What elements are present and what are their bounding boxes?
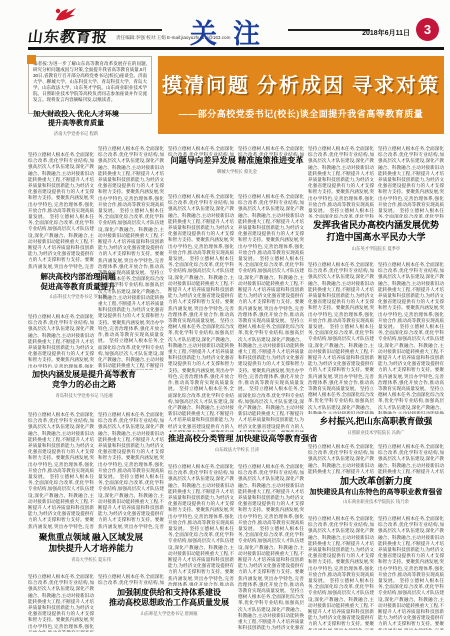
article-text: 坚持立德树人根本任务,全面深化综合改革,优化学科专业结构,加强高层次人才队伍建设… (98, 574, 164, 586)
article-heading-sizheng: 加强制度供给和支持体系建设 推动高校思想政治工作高质量发展 山东师范大学党委书记… (98, 588, 240, 617)
page-number-badge: 3 (416, 18, 439, 41)
article-text: 坚持立德树人根本任务,全面深化综合改革,优化学科专业结构,加强高层次人才队伍建设… (308, 146, 374, 218)
article-text: 坚持立德树人根本任务,全面深化综合改革,优化学科专业结构,加强高层次人才队伍建设… (28, 314, 94, 368)
article-text: 坚持立德树人根本任务,全面深化综合改革,优化学科专业结构,加强高层次人才队伍建设… (238, 194, 304, 432)
article-text: 坚持立德树人根本任务,全面深化综合改革,优化学科专业结构,加强高层次人才队伍建设… (168, 194, 234, 432)
article-byline: 山东商业职业技术学院院长 钱乃余 (308, 499, 444, 505)
article-heading-qingdao: 聚焦重点领域 融入区域发展 加快提升人才培养能力 青岛大学校长 夏东伟 (28, 532, 154, 563)
article-text: 坚持立德树人根本任务,全面深化综合改革,优化学科专业结构,加强高层次人才队伍建设… (168, 146, 234, 156)
article-text: 坚持立德树人根本任务,全面深化综合改革,优化学科专业结构,加强高层次人才队伍建设… (378, 516, 444, 630)
masthead-rule (28, 47, 444, 50)
article-byline: 青岛大学校长 夏东伟 (28, 557, 154, 563)
article-heading-neihan: 加快内涵发展是提升高等教育 竞争力的必由之路 青岛科技大学党委书记 马连湘 (28, 370, 140, 399)
newspaper-page: 山东教育报 责任编辑:李强 校对:王娟 E-mail:jiaoyuzhuanti… (0, 0, 450, 636)
article-text: 坚持立德树人根本任务,全面深化综合改革,优化学科专业结构,加强高层次人才队伍建设… (168, 464, 234, 586)
article-text: 坚持立德树人根本任务,全面深化综合改革,优化学科专业结构,加强高层次人才队伍建设… (308, 262, 374, 414)
article-text: 坚持立德树人根本任务,全面深化综合改革,优化学科专业结构,加强高层次人才队伍建设… (28, 412, 94, 530)
main-headline: 摸清问题 分析成因 寻求对策 (158, 69, 444, 98)
article-byline: 山东政法大学校长 吕涛 (168, 447, 306, 453)
article-text: 坚持立德树人根本任务,全面深化综合改革,优化学科专业结构,加强高层次人才队伍建设… (98, 146, 164, 370)
masthead-bird-icon (54, 6, 78, 26)
editor-note-text: 编者按:为进一步了解山东高等教育改革发展存在的问题,研究分析问题成因与对策,全面… (33, 61, 147, 102)
article-heading-gaozhi: 加大改革创新力度 加快建设具有山东特色的高等职业教育强省 山东商业职业技术学院院… (308, 476, 444, 505)
article-text: 坚持立德树人根本任务,全面深化综合改革,优化学科专业结构,加强高层次人才队伍建设… (378, 146, 444, 218)
article-byline: 日照职业技术学院院长 冯新广 (308, 430, 444, 436)
title-rule-left (64, 29, 162, 31)
article-text: 坚持立德树人根本任务,全面深化综合改革,优化学科专业结构,加强高层次人才队伍建设… (98, 412, 164, 530)
article-text: 坚持立德树人根本任务,全面深化综合改革,优化学科专业结构,加强高层次人才队伍建设… (378, 444, 444, 474)
article-text: 坚持立德树人根本任务,全面深化综合改革,优化学科专业结构,加强高层次人才队伍建设… (238, 146, 304, 156)
sub-headline: ——部分高校党委书记(校长)谈全面提升我省高等教育质量 (158, 107, 444, 120)
article-heading-xiangcun: 乡村振兴,把山东高职教育做强 日照职业技术学院院长 冯新广 (308, 416, 444, 436)
article-heading-liaocheng: 问题导向差异发展 精准施策推进变革 聊城大学校长 蔡先金 (168, 156, 306, 175)
article-heading-fenlei: 推进高校分类管理 加快建设高等教育强省 山东政法大学校长 吕涛 (168, 434, 306, 453)
article-text: 坚持立德树人根本任务,全面深化综合改革,优化学科专业结构,加强高层次人才队伍建设… (238, 464, 304, 630)
article-text: 坚持立德树人根本任务,全面深化综合改革,优化学科专业结构,加强高层次人才队伍建设… (308, 516, 374, 630)
article-byline: 青岛科技大学党委书记 马连湘 (28, 393, 140, 399)
article-heading-caixin: 加大财政投入 优化人才环境 提升高等教育质量 济南大学党委书记 程新 (28, 110, 124, 137)
headline-banner: 摸清问题 分析成因 寻求对策 ——部分高校党委书记(校长)谈全面提升我省高等教育… (158, 56, 444, 134)
article-text: 坚持立德树人根本任务,全面深化综合改革,优化学科专业结构,加强高层次人才队伍建设… (308, 444, 374, 474)
editor-note-box: 编者按:为进一步了解山东高等教育改革发展存在的问题,研究分析问题成因与对策,全面… (28, 56, 152, 114)
editor-note-corner-mark (27, 55, 36, 64)
article-heading-yingcai: 发挥我省民办高校内涵发展优势 打造中国高水平民办大学 山东英才学院院长 夏季亭 (308, 220, 444, 252)
section-title: 关注 (165, 12, 285, 51)
article-text: 坚持立德树人根本任务,全面深化综合改革,优化学科专业结构,加强高层次人才队伍建设… (28, 152, 94, 270)
article-byline: 济南大学党委书记 程新 (28, 131, 124, 137)
article-byline: 山东师范大学党委书记 唐洲雁 (98, 611, 240, 617)
article-byline: 山东英才学院院长 夏季亭 (308, 246, 444, 252)
article-byline: 聊城大学校长 蔡先金 (168, 169, 306, 175)
issue-date: 2018年6月11日 (340, 28, 410, 38)
article-text: 坚持立德树人根本任务,全面深化综合改革,优化学科专业结构,加强高层次人才队伍建设… (378, 262, 444, 414)
article-text: 坚持立德树人根本任务,全面深化综合改革,优化学科专业结构,加强高层次人才队伍建设… (28, 574, 94, 632)
